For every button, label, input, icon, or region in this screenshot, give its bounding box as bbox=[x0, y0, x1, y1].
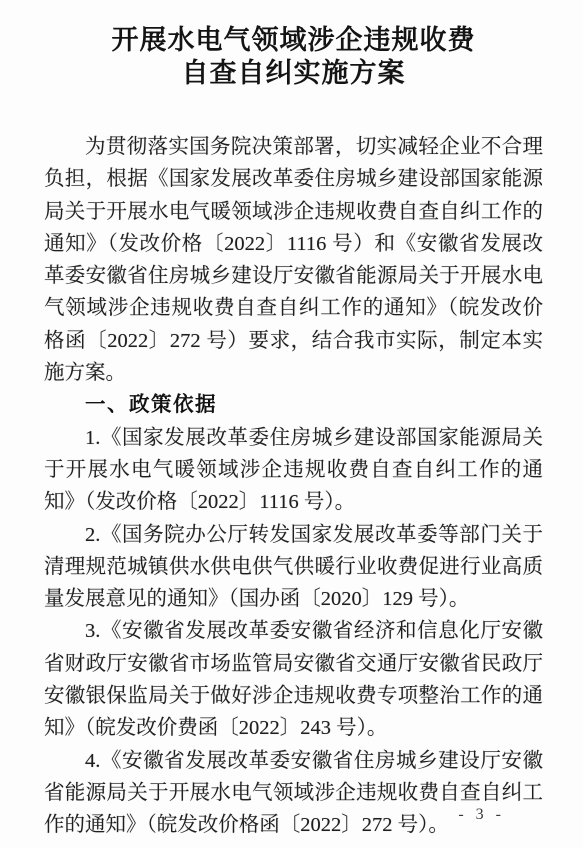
section-heading-policy-basis: 一、政策依据 bbox=[44, 389, 543, 421]
document-title: 开展水电气领域涉企违规收费 自查自纠实施方案 bbox=[44, 24, 543, 90]
document-body: 为贯彻落实国务院决策部署，切实减轻企业不合理负担，根据《国家发展改革委住房城乡建… bbox=[44, 131, 543, 842]
policy-item-2: 2.《国务院办公厅转发国家发展改革委等部门关于清理规范城镇供水供电供气供暖行业收… bbox=[44, 519, 543, 616]
document-title-line-2: 自查自纠实施方案 bbox=[44, 57, 543, 90]
page-number: - 3 - bbox=[458, 806, 505, 824]
policy-item-4: 4.《安徽省发展改革委安徽省住房城乡建设厅安徽省能源局关于开展水电气领域涉企违规… bbox=[44, 745, 543, 842]
scanned-document-page: 开展水电气领域涉企违规收费 自查自纠实施方案 为贯彻落实国务院决策部署，切实减轻… bbox=[0, 0, 583, 848]
document-title-line-1: 开展水电气领域涉企违规收费 bbox=[44, 24, 543, 57]
policy-item-1: 1.《国家发展改革委住房城乡建设部国家能源局关于开展水电气暖领域涉企违规收费自查… bbox=[44, 422, 543, 519]
policy-item-3: 3.《安徽省发展改革委安徽省经济和信息化厅安徽省财政厅安徽省市场监管局安徽省交通… bbox=[44, 615, 543, 744]
intro-paragraph: 为贯彻落实国务院决策部署，切实减轻企业不合理负担，根据《国家发展改革委住房城乡建… bbox=[44, 131, 543, 389]
document-content: 开展水电气领域涉企违规收费 自查自纠实施方案 为贯彻落实国务院决策部署，切实减轻… bbox=[44, 24, 543, 842]
